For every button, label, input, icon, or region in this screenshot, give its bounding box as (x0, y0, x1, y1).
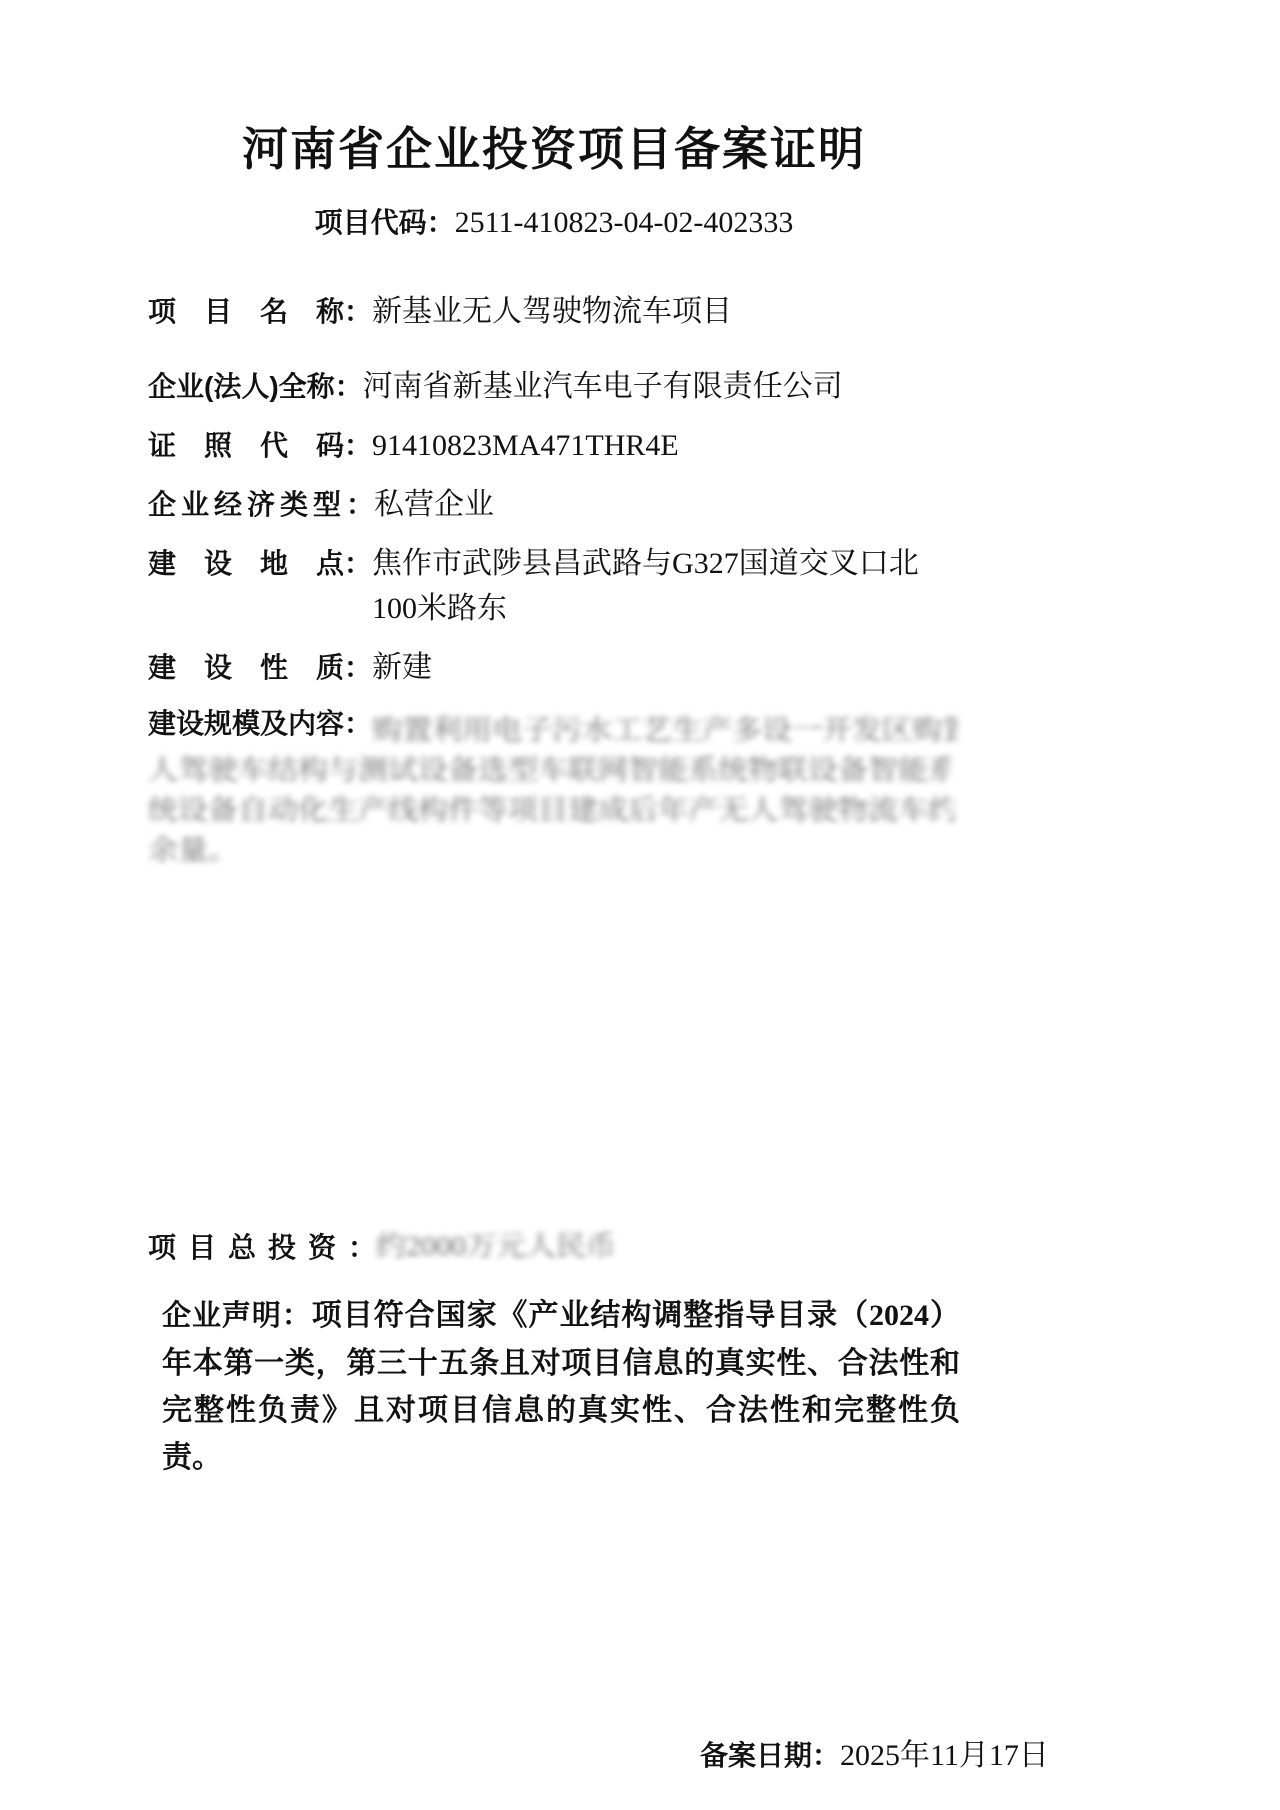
field-label: 企业(法人)全称： (148, 364, 363, 409)
redacted-text-blob: 统设备自动化生产线构件等项目建成后年产无人驾驶物流车约五千台 (148, 794, 954, 828)
certificate-page: 河南省企业投资项目备案证明 项目代码：2511-410823-04-02-402… (148, 0, 960, 1783)
field-row-construction-site: 建 设 地 点： 焦作市武陟县昌武路与G327国道交叉口北100米路东 (148, 541, 960, 631)
field-row-construction-nature: 建 设 性 质： 新建 (148, 645, 960, 690)
field-label: 项 目 名 称： (148, 289, 372, 334)
scale-line-1: 建设规模及内容：购置利用电子污水工艺生产多设一开发区购置无人驾驶设备 (148, 704, 960, 749)
scale-line-4: 余量。 (148, 829, 960, 869)
redacted-investment-value: 约2000万元人民币 (376, 1230, 611, 1264)
project-code-line: 项目代码：2511-410823-04-02-402333 (148, 204, 960, 247)
project-code-value: 2511-410823-04-02-402333 (455, 206, 794, 239)
label-colon: ： (344, 430, 372, 461)
label-colon: ： (348, 1232, 376, 1263)
label-colon: ： (344, 296, 372, 327)
field-value: 新基业无人驾驶物流车项目 (372, 289, 960, 334)
redacted-text-blob: 购置利用电子污水工艺生产多设一开发区购置无人驾驶设备 (372, 714, 957, 748)
redacted-text-blob: 余量。 (148, 834, 234, 868)
scale-label: 建设规模及内容： (148, 708, 372, 739)
label-colon: ： (335, 371, 363, 402)
filing-date-line: 备案日期：2025年11月17日 (700, 1733, 960, 1783)
declaration-label: 企业声明： (162, 1300, 312, 1332)
field-value: 新建 (372, 645, 960, 690)
project-code-label: 项目代码： (315, 207, 455, 238)
filing-date-label: 备案日期： (700, 1740, 840, 1771)
redacted-text-blob: 人驾驶车结构与测试设备选型车联网智能系统物联设备智能系统机器 (148, 754, 950, 788)
field-row-economic-type: 企业经济类型： 私营企业 (148, 482, 960, 527)
field-rows: 项 目 名 称： 新基业无人驾驶物流车项目 企业(法人)全称： 河南省新基业汽车… (148, 289, 960, 690)
field-row-project-name: 项 目 名 称： 新基业无人驾驶物流车项目 (148, 289, 960, 334)
field-value: 河南省新基业汽车电子有限责任公司 (363, 364, 960, 409)
field-value: 私营企业 (374, 482, 960, 527)
scale-line-2: 人驾驶车结构与测试设备选型车联网智能系统物联设备智能系统机器 (148, 749, 960, 789)
field-label: 项目总投资： (148, 1225, 376, 1270)
field-value: 91410823MA471THR4E (372, 423, 960, 468)
field-label: 建 设 地 点： (148, 541, 372, 586)
label-colon: ： (346, 489, 374, 520)
field-row-enterprise-name: 企业(法人)全称： 河南省新基业汽车电子有限责任公司 (148, 364, 960, 409)
filing-date-value: 2025年11月17日 (840, 1739, 1049, 1772)
field-row-license-code: 证 照 代 码： 91410823MA471THR4E (148, 423, 960, 468)
label-colon: ： (344, 548, 372, 579)
scale-line-3: 统设备自动化生产线构件等项目建成后年产无人驾驶物流车约五千台 (148, 789, 960, 829)
label-colon: ： (344, 708, 372, 739)
field-label: 证 照 代 码： (148, 423, 372, 468)
label-colon: ： (344, 652, 372, 683)
field-label: 企业经济类型： (148, 482, 374, 527)
scale-and-content-section: 建设规模及内容：购置利用电子污水工艺生产多设一开发区购置无人驾驶设备 人驾驶车结… (148, 704, 960, 869)
field-label: 建 设 性 质： (148, 645, 372, 690)
total-investment-row: 项目总投资： 约2000万元人民币 (148, 1225, 960, 1270)
enterprise-declaration: 企业声明：项目符合国家《产业结构调整指导目录（2024）年本第一类，第三十五条且… (148, 1292, 960, 1481)
field-value: 焦作市武陟县昌武路与G327国道交叉口北100米路东 (372, 541, 960, 631)
certificate-title: 河南省企业投资项目备案证明 (148, 122, 960, 178)
